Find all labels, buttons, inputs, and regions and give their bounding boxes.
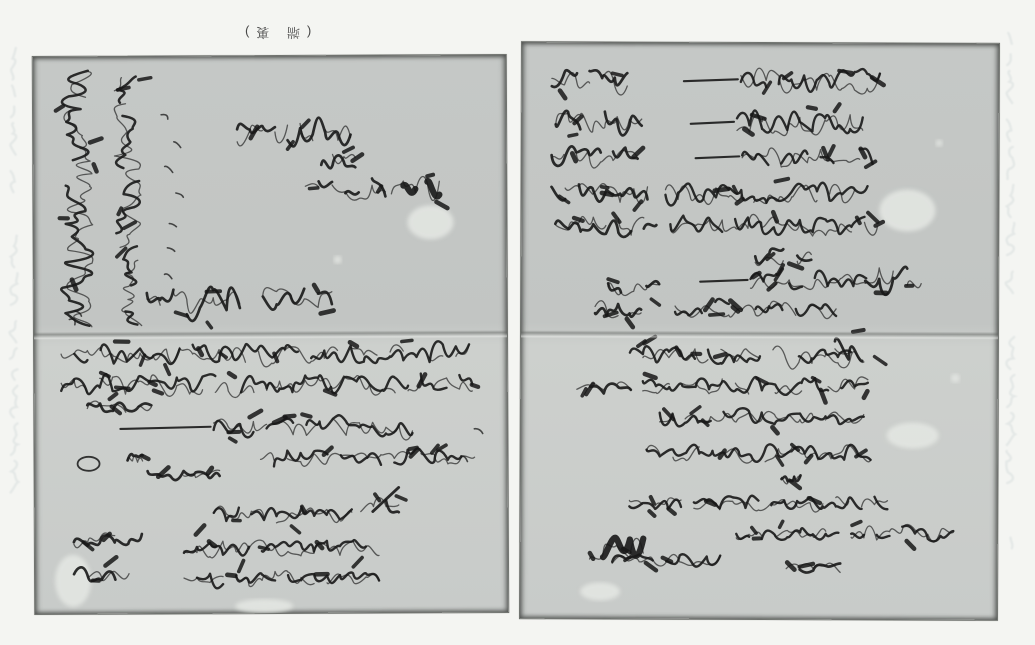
document-photo-right — [519, 41, 1000, 621]
handwriting-ink — [33, 55, 508, 614]
right-margin-showthrough — [1002, 30, 1019, 562]
handwriting-ink — [520, 42, 999, 620]
left-margin-showthrough — [6, 45, 22, 533]
book-page: { "page": { "caption": { "text": "(端 裏)"… — [0, 0, 1035, 645]
photo-caption: (端 裏) — [238, 24, 311, 43]
document-photo-left — [32, 54, 509, 615]
